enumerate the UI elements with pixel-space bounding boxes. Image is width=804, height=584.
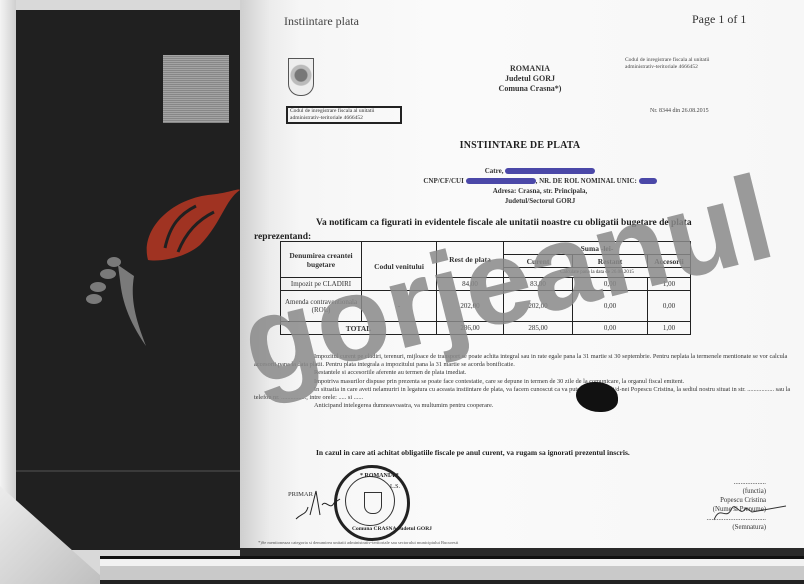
cell-creanta: Impozit pe CLADIRI: [281, 278, 362, 291]
cell-rest: 84,00: [437, 278, 504, 291]
paragraph-2: Restantele si accesoriile aferente au te…: [254, 369, 799, 377]
commune: Comuna Crasna*): [460, 84, 600, 94]
cell-curent: 202,00: [504, 291, 573, 322]
paragraph-5: Anticipand intelegerea dumneavoastra, va…: [254, 402, 799, 410]
intro-line: Va notificam ca figurati in evidentele f…: [316, 218, 692, 228]
function-label: (functia): [640, 487, 766, 496]
page-number: Page 1 of 1: [692, 12, 746, 27]
th-suma: Suma -lei-: [504, 242, 691, 255]
cell-accesorii: 0,00: [648, 291, 691, 322]
cif-box: Codul de inregistrare fiscala al unitati…: [286, 106, 402, 124]
cell-curent: 83,00: [504, 278, 573, 291]
table-row: Amenda contraventionala (ROL) - 202,00 2…: [281, 291, 691, 322]
to-label: Catre,: [485, 167, 504, 175]
total-rest: 286,00: [437, 322, 504, 335]
redacted-cnp: [466, 178, 536, 184]
redacted-name: [505, 168, 595, 174]
address: Adresa: Crasna, str. Principala,: [340, 186, 740, 196]
scan-noise-patch: [163, 55, 229, 123]
function-dots: ...................: [640, 478, 766, 487]
total-accesorii: 1,00: [648, 322, 691, 335]
cell-creanta: Amenda contraventionala (ROL): [281, 291, 362, 322]
th-accesorii: Accesorii: [648, 255, 691, 268]
authority-header: ROMANIA Judetul GORJ Comuna Crasna*): [460, 64, 600, 94]
scanner-bottom-edge: [100, 556, 804, 584]
th-creanta: Denumirea creantei bugetare: [281, 242, 362, 278]
rol-label: , NR. DE ROL NOMINAL UNIC:: [536, 177, 637, 185]
total-label: TOTAL: [281, 322, 437, 335]
scan-dark-area: [16, 10, 240, 550]
right-cif: Codul de inregistrare fiscala al unitati…: [625, 57, 725, 71]
paragraph-4: In situatia in care aveti nelamuriri in …: [254, 386, 799, 402]
doc-label: Instiintare plata: [284, 14, 359, 29]
cnp-label: CNP/CF/CUI: [423, 177, 463, 185]
county: Judetul GORJ: [460, 74, 600, 84]
cell-rest: 202,00: [437, 291, 504, 322]
recipient-block: Catre, CNP/CF/CUI , NR. DE ROL NOMINAL U…: [340, 166, 740, 206]
stamp-ls: L.S.: [390, 484, 400, 490]
th-curent: Curent: [504, 255, 573, 268]
coat-of-arms-icon: [288, 58, 314, 96]
table-row: Impozit pe CLADIRI 84,00 83,00 0,00 1,00: [281, 278, 691, 291]
ignore-note: In cazul in care ati achitat obligatiile…: [316, 448, 630, 457]
th-rest: Rest de plata: [437, 242, 504, 278]
document-title: INSTIINTARE DE PLATA: [420, 140, 620, 151]
document-number: Nr. 8344 din 26.08.2015: [650, 108, 709, 114]
table-total-row: TOTAL 286,00 285,00 0,00 1,00: [281, 322, 691, 335]
th-calculate: Calculate pana la data de 26.08.2015: [504, 268, 691, 278]
county-line: Judetul/Sectorul GORJ: [340, 196, 740, 206]
total-restant: 0,00: [573, 322, 648, 335]
paragraph-3: Impotriva masurilor dispuse prin prezent…: [254, 378, 799, 386]
cell-restant: 0,00: [573, 278, 648, 291]
th-restant: Restant: [573, 255, 648, 268]
total-curent: 285,00: [504, 322, 573, 335]
cell-cod: -: [362, 291, 437, 322]
official-signature-icon: [710, 500, 790, 526]
body-text: Impozitul curent pe cladiri, terenuri, m…: [254, 353, 799, 410]
footnote: *)Se mentioneaza categoria si denumirea …: [258, 540, 458, 545]
obligations-table: Denumirea creantei bugetare Codul venitu…: [280, 241, 691, 335]
paragraph-1: Impozitul curent pe cladiri, terenuri, m…: [254, 353, 799, 369]
cell-accesorii: 1,00: [648, 278, 691, 291]
stamp-coat-of-arms-icon: [364, 492, 382, 514]
country: ROMANIA: [460, 64, 600, 74]
cell-restant: 0,00: [573, 291, 648, 322]
scan-line: [16, 470, 240, 472]
document-page: Instiintare plata Page 1 of 1 Codul de i…: [240, 0, 804, 548]
scan-bottom-bar: [240, 548, 804, 556]
redacted-rol: [639, 178, 657, 184]
stamp-top-text: * ROMANIA *: [360, 473, 399, 479]
th-cod: Codul venitului: [362, 242, 437, 291]
stamp-bottom-text: Comuna CRASNA Judetul GORJ: [352, 526, 432, 532]
